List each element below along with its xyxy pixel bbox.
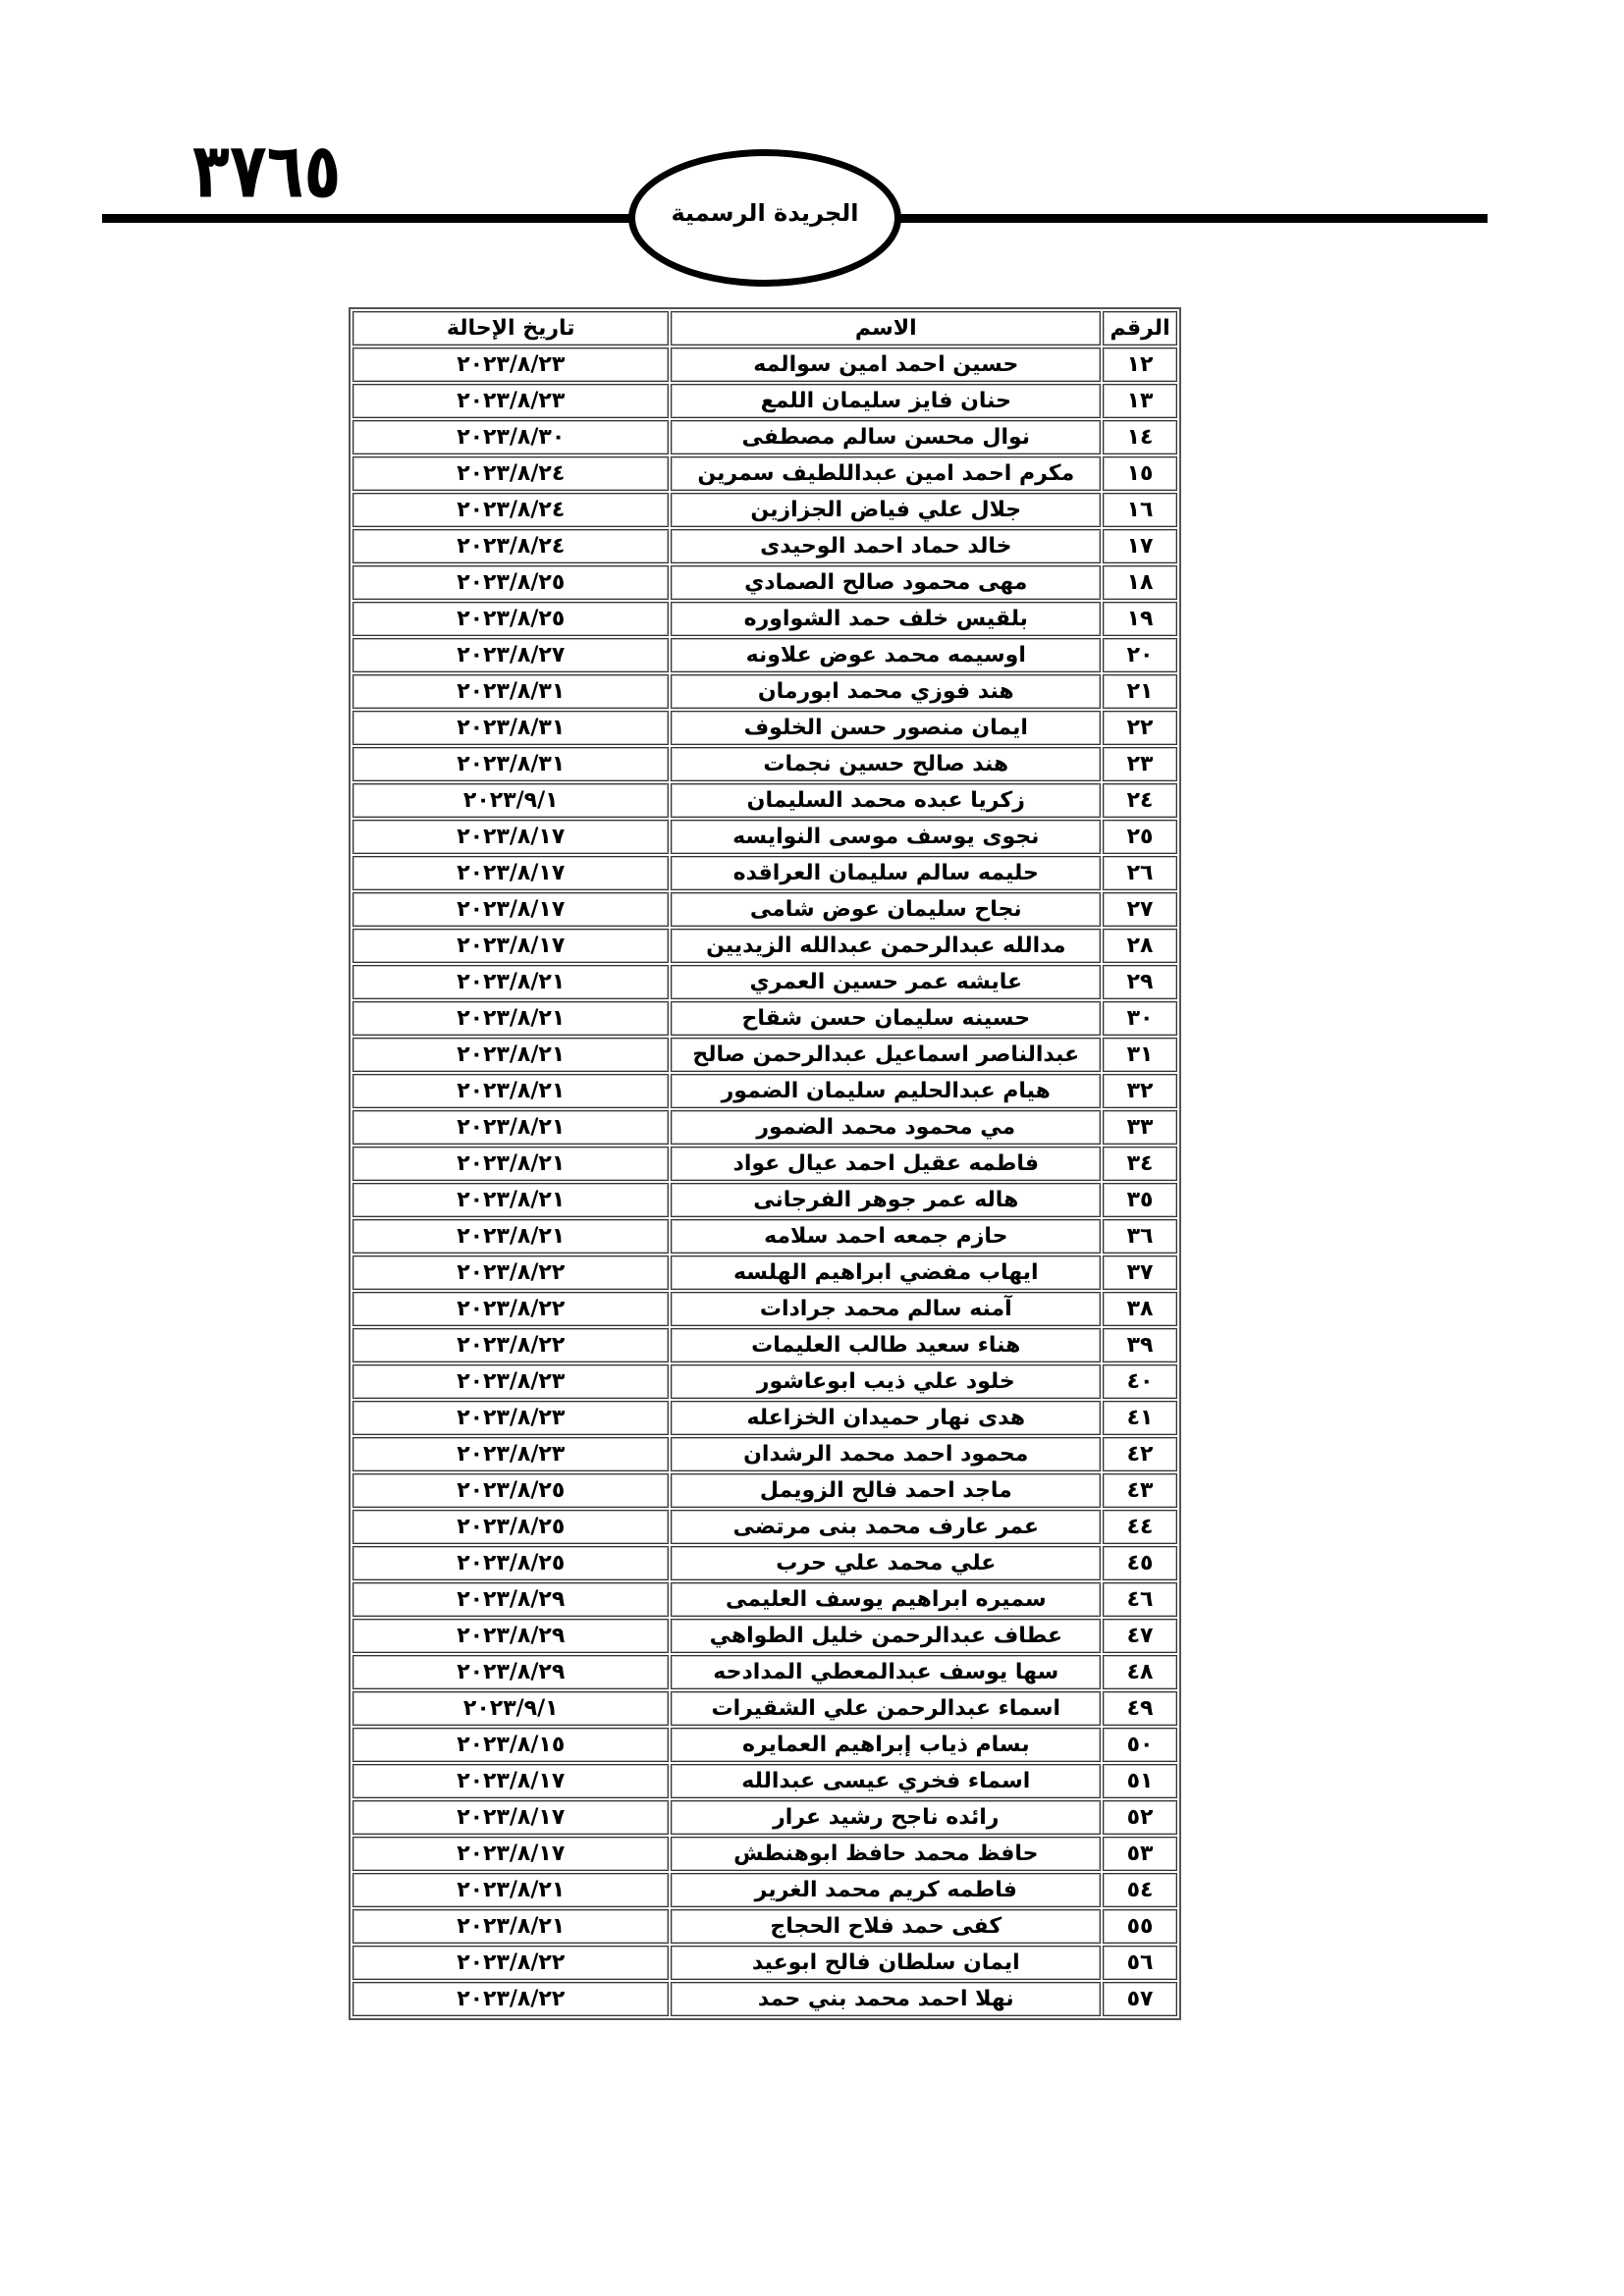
table-row: ٤٩اسماء عبدالرحمن علي الشقيرات٢٠٢٣/٩/١ (352, 1691, 1177, 1726)
row-number: ٤١ (1103, 1401, 1177, 1435)
row-referral-date: ٢٠٢٣/٨/٢١ (352, 1110, 669, 1145)
row-number: ٤٠ (1103, 1364, 1177, 1399)
row-referral-date: ٢٠٢٣/٨/٣١ (352, 711, 669, 745)
row-referral-date: ٢٠٢٣/٨/٢١ (352, 965, 669, 999)
row-number: ٥٣ (1103, 1837, 1177, 1871)
row-referral-date: ٢٠٢٣/٨/٢٢ (352, 1255, 669, 1290)
row-referral-date: ٢٠٢٣/٩/١ (352, 1691, 669, 1726)
row-referral-date: ٢٠٢٣/٨/٢٢ (352, 1982, 669, 2016)
row-number: ٣٣ (1103, 1110, 1177, 1145)
row-referral-date: ٢٠٢٣/٨/١٧ (352, 892, 669, 927)
row-name: خلود علي ذيب ابوعاشور (671, 1364, 1101, 1399)
table-row: ٢١هند فوزي محمد ابورمان٢٠٢٣/٨/٣١ (352, 674, 1177, 709)
table-row: ٤٦سميره ابراهيم يوسف العليمى٢٠٢٣/٨/٢٩ (352, 1582, 1177, 1617)
row-name: بلقيس خلف حمد الشواوره (671, 602, 1101, 636)
row-referral-date: ٢٠٢٣/٨/١٥ (352, 1728, 669, 1762)
table-row: ٢٨مدالله عبدالرحمن عبدالله الزيديين٢٠٢٣/… (352, 929, 1177, 963)
row-name: نجوى يوسف موسى النوايسه (671, 820, 1101, 854)
page-number: ٣٧٦٥ (192, 126, 341, 215)
table-header-row: الرقم الاسم تاريخ الإحالة (352, 311, 1177, 346)
row-name: نجاح سليمان عوض شامى (671, 892, 1101, 927)
row-name: حنان فايز سليمان اللمع (671, 384, 1101, 418)
row-name: مكرم احمد امين عبداللطيف سمرين (671, 456, 1101, 491)
row-referral-date: ٢٠٢٣/٨/٢٢ (352, 1328, 669, 1362)
row-number: ٤٩ (1103, 1691, 1177, 1726)
row-number: ٤٣ (1103, 1473, 1177, 1508)
row-name: هيام عبدالحليم سليمان الضمور (671, 1074, 1101, 1108)
row-number: ٤٦ (1103, 1582, 1177, 1617)
row-number: ٥٥ (1103, 1909, 1177, 1944)
row-number: ١٣ (1103, 384, 1177, 418)
row-number: ٤٧ (1103, 1619, 1177, 1653)
row-referral-date: ٢٠٢٣/٨/٢١ (352, 1219, 669, 1254)
row-name: فاطمه عقيل احمد عيال عواد (671, 1147, 1101, 1181)
row-number: ٥٤ (1103, 1873, 1177, 1907)
table-row: ٢٣هند صالح حسين نجمات٢٠٢٣/٨/٣١ (352, 747, 1177, 781)
row-referral-date: ٢٠٢٣/٨/٢٥ (352, 1546, 669, 1580)
referral-table: الرقم الاسم تاريخ الإحالة ١٢حسين احمد ام… (349, 307, 1181, 2020)
row-number: ١٥ (1103, 456, 1177, 491)
header-rule-right (898, 214, 1488, 223)
row-name: سها يوسف عبدالمعطي المدادحه (671, 1655, 1101, 1689)
table-row: ٤٣ماجد احمد فالح الزويمل٢٠٢٣/٨/٢٥ (352, 1473, 1177, 1508)
table-row: ٥٥كفى حمد فلاح الحجاج٢٠٢٣/٨/٢١ (352, 1909, 1177, 1944)
row-referral-date: ٢٠٢٣/٨/٢٣ (352, 384, 669, 418)
row-number: ٣٧ (1103, 1255, 1177, 1290)
row-number: ١٦ (1103, 493, 1177, 527)
table-row: ٥١اسماء فخري عيسى عبدالله٢٠٢٣/٨/١٧ (352, 1764, 1177, 1798)
row-name: ايهاب مفضي ابراهيم الهلسه (671, 1255, 1101, 1290)
row-name: مدالله عبدالرحمن عبدالله الزيديين (671, 929, 1101, 963)
table-row: ٥٦ايمان سلطان فالح ابوعيد٢٠٢٣/٨/٢٢ (352, 1946, 1177, 1980)
row-number: ٢٧ (1103, 892, 1177, 927)
row-number: ٥٢ (1103, 1800, 1177, 1835)
row-number: ٢٣ (1103, 747, 1177, 781)
table-row: ٢٢ايمان منصور حسن الخلوف٢٠٢٣/٨/٣١ (352, 711, 1177, 745)
row-referral-date: ٢٠٢٣/٨/٢٩ (352, 1655, 669, 1689)
row-referral-date: ٢٠٢٣/٨/١٧ (352, 820, 669, 854)
row-referral-date: ٢٠٢٣/٨/٢٣ (352, 347, 669, 382)
row-name: جلال علي فياض الجزازين (671, 493, 1101, 527)
row-referral-date: ٢٠٢٣/٨/١٧ (352, 856, 669, 890)
row-referral-date: ٢٠٢٣/٨/٢٢ (352, 1292, 669, 1326)
row-name: نهلا احمد محمد بني حمد (671, 1982, 1101, 2016)
row-referral-date: ٢٠٢٣/٨/٢١ (352, 1001, 669, 1036)
row-name: حسين احمد امين سوالمه (671, 347, 1101, 382)
row-referral-date: ٢٠٢٣/٨/١٧ (352, 929, 669, 963)
table-row: ٣٤فاطمه عقيل احمد عيال عواد٢٠٢٣/٨/٢١ (352, 1147, 1177, 1181)
table-row: ٥٧نهلا احمد محمد بني حمد٢٠٢٣/٨/٢٢ (352, 1982, 1177, 2016)
row-referral-date: ٢٠٢٣/٨/٢٣ (352, 1364, 669, 1399)
row-referral-date: ٢٠٢٣/٨/١٧ (352, 1764, 669, 1798)
row-number: ٥١ (1103, 1764, 1177, 1798)
row-name: علي محمد علي حرب (671, 1546, 1101, 1580)
row-name: حافظ محمد حافظ ابوهنطش (671, 1837, 1101, 1871)
row-name: حليمه سالم سليمان العراقده (671, 856, 1101, 890)
row-name: فاطمه كريم محمد الغرير (671, 1873, 1101, 1907)
row-number: ٤٨ (1103, 1655, 1177, 1689)
table-row: ١٧خالد حماد احمد الوحيدى٢٠٢٣/٨/٢٤ (352, 529, 1177, 563)
table-row: ٣٢هيام عبدالحليم سليمان الضمور٢٠٢٣/٨/٢١ (352, 1074, 1177, 1108)
row-number: ١٧ (1103, 529, 1177, 563)
row-number: ١٩ (1103, 602, 1177, 636)
row-number: ٢٨ (1103, 929, 1177, 963)
row-name: زكريا عبده محمد السليمان (671, 783, 1101, 818)
row-number: ١٨ (1103, 565, 1177, 600)
table-row: ٤٤عمر عارف محمد بنى مرتضى٢٠٢٣/٨/٢٥ (352, 1510, 1177, 1544)
row-referral-date: ٢٠٢٣/٨/٢٩ (352, 1582, 669, 1617)
table-row: ١٨مهى محمود صالح الصمادي٢٠٢٣/٨/٢٥ (352, 565, 1177, 600)
table-row: ٥٣حافظ محمد حافظ ابوهنطش٢٠٢٣/٨/١٧ (352, 1837, 1177, 1871)
table-row: ٢٩عايشه عمر حسين العمري٢٠٢٣/٨/٢١ (352, 965, 1177, 999)
table-row: ٣٣مي محمود محمد الضمور٢٠٢٣/٨/٢١ (352, 1110, 1177, 1145)
header-rule-left (102, 214, 632, 223)
row-name: محمود احمد محمد الرشدان (671, 1437, 1101, 1471)
row-referral-date: ٢٠٢٣/٨/٢٥ (352, 1473, 669, 1508)
row-number: ٣٠ (1103, 1001, 1177, 1036)
table-row: ٥٠بسام ذياب إبراهيم العمايره٢٠٢٣/٨/١٥ (352, 1728, 1177, 1762)
row-referral-date: ٢٠٢٣/٨/٢٧ (352, 638, 669, 672)
row-number: ٢٤ (1103, 783, 1177, 818)
table-row: ١٣حنان فايز سليمان اللمع٢٠٢٣/٨/٢٣ (352, 384, 1177, 418)
row-referral-date: ٢٠٢٣/٨/٢١ (352, 1183, 669, 1217)
table-row: ٤١هدى نهار حميدان الخزاعله٢٠٢٣/٨/٢٣ (352, 1401, 1177, 1435)
row-number: ١٢ (1103, 347, 1177, 382)
row-number: ٢٥ (1103, 820, 1177, 854)
row-name: عمر عارف محمد بنى مرتضى (671, 1510, 1101, 1544)
row-referral-date: ٢٠٢٣/٨/٢٤ (352, 456, 669, 491)
row-name: هند صالح حسين نجمات (671, 747, 1101, 781)
row-referral-date: ٢٠٢٣/٨/٢٩ (352, 1619, 669, 1653)
column-header-number: الرقم (1103, 311, 1177, 346)
table-row: ٣٠حسينه سليمان حسن شقاح٢٠٢٣/٨/٢١ (352, 1001, 1177, 1036)
table-row: ٢٥نجوى يوسف موسى النوايسه٢٠٢٣/٨/١٧ (352, 820, 1177, 854)
table-row: ١٥مكرم احمد امين عبداللطيف سمرين٢٠٢٣/٨/٢… (352, 456, 1177, 491)
row-number: ٢٩ (1103, 965, 1177, 999)
column-header-name: الاسم (671, 311, 1101, 346)
row-referral-date: ٢٠٢٣/٨/٢٣ (352, 1437, 669, 1471)
row-name: اسماء فخري عيسى عبدالله (671, 1764, 1101, 1798)
row-name: خالد حماد احمد الوحيدى (671, 529, 1101, 563)
row-number: ٢١ (1103, 674, 1177, 709)
table-row: ١٢حسين احمد امين سوالمه٢٠٢٣/٨/٢٣ (352, 347, 1177, 382)
row-name: بسام ذياب إبراهيم العمايره (671, 1728, 1101, 1762)
table-row: ٣٩هناء سعيد طالب العليمات٢٠٢٣/٨/٢٢ (352, 1328, 1177, 1362)
row-name: ايمان سلطان فالح ابوعيد (671, 1946, 1101, 1980)
table-row: ٣١عبدالناصر اسماعيل عبدالرحمن صالح٢٠٢٣/٨… (352, 1038, 1177, 1072)
row-referral-date: ٢٠٢٣/٨/٢٤ (352, 493, 669, 527)
publication-title: الجريدة الرسمية (671, 199, 858, 227)
row-number: ٥٧ (1103, 1982, 1177, 2016)
row-name: نوال محسن سالم مصطفى (671, 420, 1101, 454)
table-row: ٣٥هاله عمر جوهر الفرجانى٢٠٢٣/٨/٢١ (352, 1183, 1177, 1217)
row-name: مهى محمود صالح الصمادي (671, 565, 1101, 600)
row-name: رائده ناجح رشيد عرار (671, 1800, 1101, 1835)
referral-table-container: الرقم الاسم تاريخ الإحالة ١٢حسين احمد ام… (349, 307, 1181, 2020)
table-row: ٥٤فاطمه كريم محمد الغرير٢٠٢٣/٨/٢١ (352, 1873, 1177, 1907)
table-row: ٤٠خلود علي ذيب ابوعاشور٢٠٢٣/٨/٢٣ (352, 1364, 1177, 1399)
row-number: ٢٢ (1103, 711, 1177, 745)
row-name: هدى نهار حميدان الخزاعله (671, 1401, 1101, 1435)
row-referral-date: ٢٠٢٣/٨/٢٤ (352, 529, 669, 563)
row-name: عبدالناصر اسماعيل عبدالرحمن صالح (671, 1038, 1101, 1072)
row-number: ٥٠ (1103, 1728, 1177, 1762)
row-number: ٤٥ (1103, 1546, 1177, 1580)
table-row: ٢٠اوسيمه محمد عوض علاونه٢٠٢٣/٨/٢٧ (352, 638, 1177, 672)
row-name: حسينه سليمان حسن شقاح (671, 1001, 1101, 1036)
row-referral-date: ٢٠٢٣/٨/١٧ (352, 1837, 669, 1871)
row-referral-date: ٢٠٢٣/٨/٢٢ (352, 1946, 669, 1980)
table-row: ٤٨سها يوسف عبدالمعطي المدادحه٢٠٢٣/٨/٢٩ (352, 1655, 1177, 1689)
table-row: ١٦جلال علي فياض الجزازين٢٠٢٣/٨/٢٤ (352, 493, 1177, 527)
row-referral-date: ٢٠٢٣/٨/٢١ (352, 1074, 669, 1108)
column-header-date: تاريخ الإحالة (352, 311, 669, 346)
row-name: هاله عمر جوهر الفرجانى (671, 1183, 1101, 1217)
row-number: ٤٤ (1103, 1510, 1177, 1544)
row-number: ٣٤ (1103, 1147, 1177, 1181)
table-row: ٤٥علي محمد علي حرب٢٠٢٣/٨/٢٥ (352, 1546, 1177, 1580)
row-number: ٢٦ (1103, 856, 1177, 890)
row-number: ١٤ (1103, 420, 1177, 454)
row-number: ٣٢ (1103, 1074, 1177, 1108)
table-row: ٣٦حازم جمعه احمد سلامه٢٠٢٣/٨/٢١ (352, 1219, 1177, 1254)
table-row: ٤٢محمود احمد محمد الرشدان٢٠٢٣/٨/٢٣ (352, 1437, 1177, 1471)
row-name: كفى حمد فلاح الحجاج (671, 1909, 1101, 1944)
row-referral-date: ٢٠٢٣/٨/٢١ (352, 1909, 669, 1944)
row-referral-date: ٢٠٢٣/٨/٣١ (352, 674, 669, 709)
row-name: سميره ابراهيم يوسف العليمى (671, 1582, 1101, 1617)
table-row: ٢٧نجاح سليمان عوض شامى٢٠٢٣/٨/١٧ (352, 892, 1177, 927)
row-name: هناء سعيد طالب العليمات (671, 1328, 1101, 1362)
table-row: ٢٤زكريا عبده محمد السليمان٢٠٢٣/٩/١ (352, 783, 1177, 818)
row-number: ٣٦ (1103, 1219, 1177, 1254)
row-number: ٥٦ (1103, 1946, 1177, 1980)
row-referral-date: ٢٠٢٣/٨/٢١ (352, 1873, 669, 1907)
row-referral-date: ٢٠٢٣/٨/٣١ (352, 747, 669, 781)
row-referral-date: ٢٠٢٣/٨/٢١ (352, 1038, 669, 1072)
row-name: حازم جمعه احمد سلامه (671, 1219, 1101, 1254)
table-row: ١٤نوال محسن سالم مصطفى٢٠٢٣/٨/٣٠ (352, 420, 1177, 454)
row-referral-date: ٢٠٢٣/٩/١ (352, 783, 669, 818)
row-name: آمنه سالم محمد جرادات (671, 1292, 1101, 1326)
row-referral-date: ٢٠٢٣/٨/٢٣ (352, 1401, 669, 1435)
row-name: ايمان منصور حسن الخلوف (671, 711, 1101, 745)
row-referral-date: ٢٠٢٣/٨/٣٠ (352, 420, 669, 454)
row-referral-date: ٢٠٢٣/٨/٢٥ (352, 602, 669, 636)
row-number: ٢٠ (1103, 638, 1177, 672)
masthead-oval: الجريدة الرسمية (628, 149, 901, 287)
row-name: ماجد احمد فالح الزويمل (671, 1473, 1101, 1508)
table-row: ٣٧ايهاب مفضي ابراهيم الهلسه٢٠٢٣/٨/٢٢ (352, 1255, 1177, 1290)
row-name: اوسيمه محمد عوض علاونه (671, 638, 1101, 672)
row-referral-date: ٢٠٢٣/٨/٢١ (352, 1147, 669, 1181)
table-body: ١٢حسين احمد امين سوالمه٢٠٢٣/٨/٢٣١٣حنان ف… (352, 347, 1177, 2016)
row-number: ٣٩ (1103, 1328, 1177, 1362)
table-row: ٥٢رائده ناجح رشيد عرار٢٠٢٣/٨/١٧ (352, 1800, 1177, 1835)
table-row: ٤٧عطاف عبدالرحمن خليل الطواهي٢٠٢٣/٨/٢٩ (352, 1619, 1177, 1653)
row-referral-date: ٢٠٢٣/٨/٢٥ (352, 565, 669, 600)
row-number: ٣١ (1103, 1038, 1177, 1072)
row-name: مي محمود محمد الضمور (671, 1110, 1101, 1145)
row-name: هند فوزي محمد ابورمان (671, 674, 1101, 709)
row-number: ٤٢ (1103, 1437, 1177, 1471)
row-referral-date: ٢٠٢٣/٨/٢٥ (352, 1510, 669, 1544)
table-row: ٣٨آمنه سالم محمد جرادات٢٠٢٣/٨/٢٢ (352, 1292, 1177, 1326)
row-referral-date: ٢٠٢٣/٨/١٧ (352, 1800, 669, 1835)
row-number: ٣٨ (1103, 1292, 1177, 1326)
row-name: عايشه عمر حسين العمري (671, 965, 1101, 999)
table-row: ٢٦حليمه سالم سليمان العراقده٢٠٢٣/٨/١٧ (352, 856, 1177, 890)
row-name: عطاف عبدالرحمن خليل الطواهي (671, 1619, 1101, 1653)
row-name: اسماء عبدالرحمن علي الشقيرات (671, 1691, 1101, 1726)
row-number: ٣٥ (1103, 1183, 1177, 1217)
table-row: ١٩بلقيس خلف حمد الشواوره٢٠٢٣/٨/٢٥ (352, 602, 1177, 636)
